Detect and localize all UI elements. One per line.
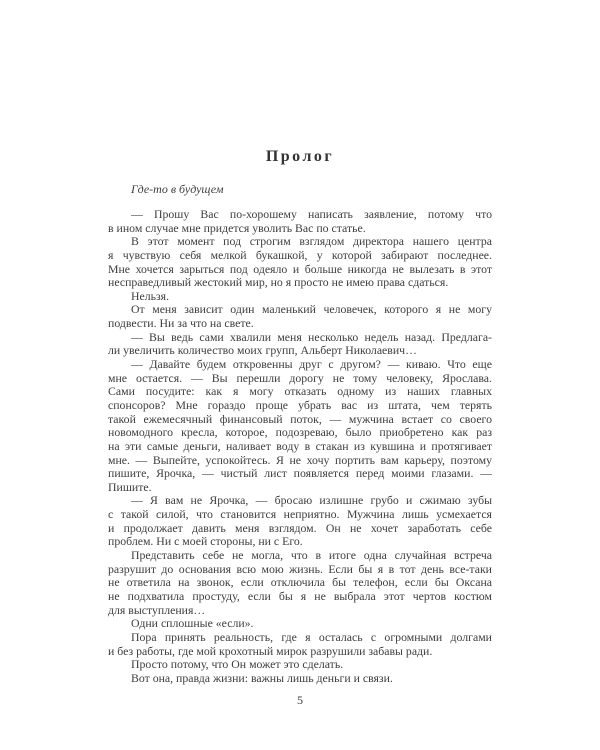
text-line: В этот момент под строгим взглядом дирек…	[108, 235, 492, 249]
setting-subtitle: Где-то в будущем	[108, 182, 492, 196]
paragraph: Одни сплошные «если».	[108, 617, 492, 631]
paragraph: От меня зависит один маленький человечек…	[108, 303, 492, 330]
paragraph: Пора принять реальность, где я осталась …	[108, 631, 492, 658]
text-line: разрушит до основания всю мою жизнь. Есл…	[108, 563, 492, 577]
text-line: в ином случае мне придется уволить Вас п…	[108, 222, 492, 236]
text-line: не подхватила простуду, если бы я не выб…	[108, 590, 492, 604]
text-line: ли увеличить количество моих групп, Альб…	[108, 344, 492, 358]
text-line: не ответила на звонок, если отключила бы…	[108, 576, 492, 590]
text-line: на эти самые деньги, наливает воду в ста…	[108, 440, 492, 454]
page-number: 5	[108, 693, 492, 707]
text-line: Представить себе не могла, что в итоге о…	[108, 549, 492, 563]
text-line: для выступления…	[108, 604, 492, 618]
text-line: — Я вам не Ярочка, — бросаю излишне груб…	[108, 494, 492, 508]
text-line: Одни сплошные «если».	[108, 617, 492, 631]
paragraph: В этот момент под строгим взглядом дирек…	[108, 235, 492, 290]
text-line: с такой силой, что становится неприятно.…	[108, 508, 492, 522]
paragraph: — Вы ведь сами хвалили меня несколько не…	[108, 331, 492, 358]
text-line: пишите, Ярочка, — чистый лист появляется…	[108, 467, 492, 481]
text-line: От меня зависит один маленький человечек…	[108, 303, 492, 317]
text-line: мне остается. — Вы перешли дорогу не том…	[108, 372, 492, 386]
paragraph: — Я вам не Ярочка, — бросаю излишне груб…	[108, 494, 492, 549]
text-line: — Вы ведь сами хвалили меня несколько не…	[108, 331, 492, 345]
body-text: — Прошу Вас по-хорошему написать заявлен…	[108, 208, 492, 685]
text-line: Мне хочется зарыться под одеяло и больше…	[108, 263, 492, 277]
text-line: спонсоров? Мне гораздо проще убрать вас …	[108, 399, 492, 413]
text-line: несправедливый жестокий мир, но я просто…	[108, 276, 492, 290]
text-line: Пора принять реальность, где я осталась …	[108, 631, 492, 645]
text-line: Нельзя.	[108, 290, 492, 304]
text-line: Пишите.	[108, 481, 492, 495]
text-line: подвести. Ни за что на свете.	[108, 317, 492, 331]
text-line: — Прошу Вас по-хорошему написать заявлен…	[108, 208, 492, 222]
chapter-title: Пролог	[108, 148, 492, 166]
text-line: — Давайте будем откровенны друг с другом…	[108, 358, 492, 372]
paragraph: Нельзя.	[108, 290, 492, 304]
paragraph: Вот она, правда жизни: важны лишь деньги…	[108, 672, 492, 686]
text-line: мне. — Выпейте, успокойтесь. Я не хочу п…	[108, 454, 492, 468]
text-line: и без работы, где мой крохотный мирок ра…	[108, 645, 492, 659]
text-line: проблем. Ни с моей стороны, ни с Его.	[108, 535, 492, 549]
text-line: такой ежемесячный финансовый поток, — му…	[108, 413, 492, 427]
text-line: Сами посудите: как я могу отказать одном…	[108, 385, 492, 399]
text-line: Просто потому, что Он может это сделать.	[108, 658, 492, 672]
paragraph: Просто потому, что Он может это сделать.	[108, 658, 492, 672]
paragraph: — Давайте будем откровенны друг с другом…	[108, 358, 492, 494]
book-page: Пролог Где-то в будущем — Прошу Вас по-х…	[0, 0, 600, 750]
text-line: новомодного кресла, которое, подозреваю,…	[108, 426, 492, 440]
paragraph: Представить себе не могла, что в итоге о…	[108, 549, 492, 617]
text-line: и продолжает давить меня взглядом. Он не…	[108, 522, 492, 536]
text-line: Вот она, правда жизни: важны лишь деньги…	[108, 672, 492, 686]
paragraph: — Прошу Вас по-хорошему написать заявлен…	[108, 208, 492, 235]
text-line: я чувствую себя мелкой букашкой, у котор…	[108, 249, 492, 263]
